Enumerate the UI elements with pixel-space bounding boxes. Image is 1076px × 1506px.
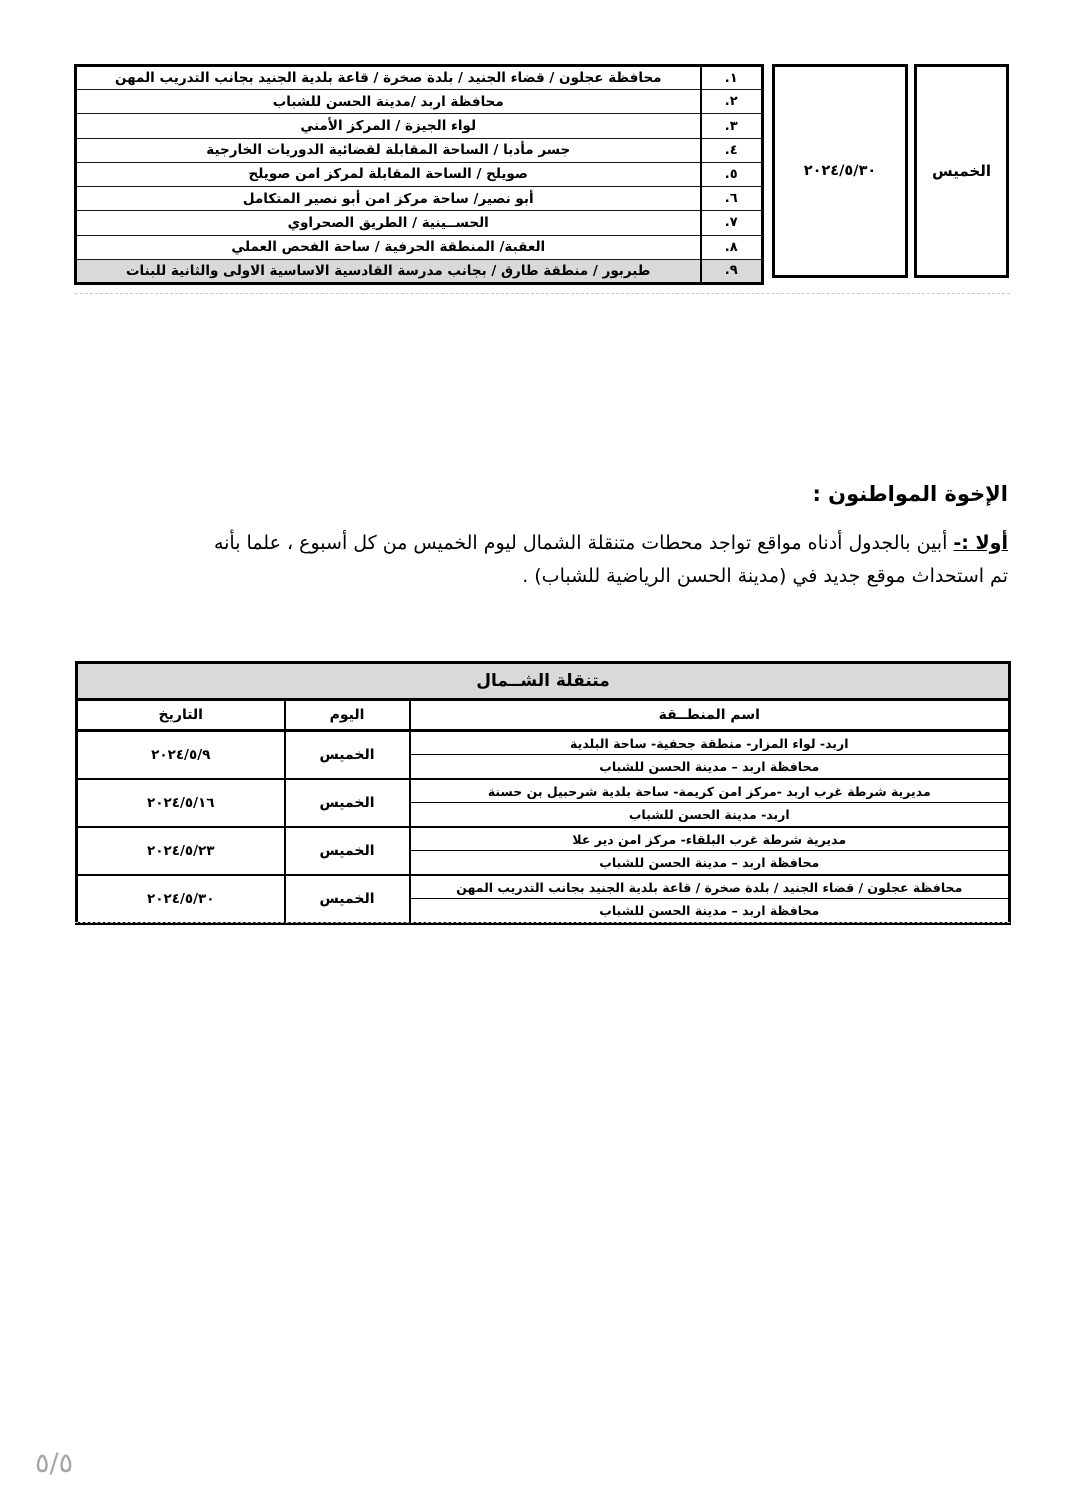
area-line-1: مديرية شرطة غرب البلقاء- مركز امن دير عل… [411,828,1009,851]
row-number-cell: ١. [701,66,763,90]
day-cell: الخميس [285,731,410,780]
table-title-row: متنقلة الشــمال [77,663,1010,700]
table-row: ١. محافظة عجلون / قضاء الجنيد / بلدة صخر… [76,66,763,90]
area-cell: مديرية شرطة غرب اربد -مركز امن كريمة- سا… [410,779,1010,827]
thursday-locations-table: ١. محافظة عجلون / قضاء الجنيد / بلدة صخر… [74,64,1009,285]
page-number: ٥/٥ [35,1448,73,1479]
location-cell: لواء الجيزة / المركز الأمني [76,114,701,138]
table-row-highlighted: ٩. طبربور / منطقة طارق / بجانب مدرسة الق… [76,259,763,283]
location-cell: محافظة اربد /مدينة الحسن للشباب [76,90,701,114]
location-cell: صويلح / الساحة المقابلة لمركز امن صويلح [76,162,701,186]
scan-artifact-line [75,922,1010,923]
table-row: ٤. جسر مأدبا / الساحة المقابلة لقضائية ا… [76,138,763,162]
table-row: اربد- لواء المزار- منطقة جحفية- ساحة الب… [77,731,1010,780]
location-cell: جسر مأدبا / الساحة المقابلة لقضائية الدو… [76,138,701,162]
location-cell: طبربور / منطقة طارق / بجانب مدرسة القادس… [76,259,701,283]
row-number-cell: ٨. [701,235,763,259]
location-cell: محافظة عجلون / قضاء الجنيد / بلدة صخرة /… [76,66,701,90]
row-number-cell: ٩. [701,259,763,283]
date-cell: ٢٠٢٤/٥/٣٠ [77,875,285,924]
north-mobile-schedule-table: متنقلة الشــمال اسم المنطــقة اليوم التا… [75,661,1011,925]
area-cell: مديرية شرطة غرب البلقاء- مركز امن دير عل… [410,827,1010,875]
row-number-cell: ٣. [701,114,763,138]
table-row: ٦. أبو نصير/ ساحة مركز امن أبو نصير المت… [76,187,763,211]
location-cell: الحســينية / الطريق الصحراوي [76,211,701,235]
intro-line-2: تم استحداث موقع جديد في (مدينة الحسن الر… [163,560,1008,593]
merged-date-cell: ٢٠٢٤/٥/٣٠ [772,64,908,278]
area-cell: محافظة عجلون / قضاء الجنيد / بلدة صخرة /… [410,875,1010,924]
table-row: ٨. العقبة/ المنطقة الحرفية / ساحة الفحص … [76,235,763,259]
table-row: مديرية شرطة غرب اربد -مركز امن كريمة- سا… [77,779,1010,827]
table-title: متنقلة الشــمال [77,663,1010,700]
day-cell: الخميس [285,779,410,827]
area-line-2: محافظة اربد – مدينة الحسن للشباب [411,899,1009,922]
scan-artifact-line [75,293,1010,294]
date-cell: ٢٠٢٤/٥/١٦ [77,779,285,827]
area-line-1: مديرية شرطة غرب اربد -مركز امن كريمة- سا… [411,780,1009,803]
row-number-cell: ٥. [701,162,763,186]
greeting-heading: الإخوة المواطنون : [812,482,1008,506]
area-line-2: اربد- مدينة الحسن للشباب [411,803,1009,826]
table-row: ٥. صويلح / الساحة المقابلة لمركز امن صوي… [76,162,763,186]
table-row: ٧. الحســينية / الطريق الصحراوي [76,211,763,235]
intro-paragraph: أولا :- أبين بالجدول أدناه مواقع تواجد م… [163,527,1008,593]
header-day: اليوم [285,700,410,731]
location-cell: أبو نصير/ ساحة مركز امن أبو نصير المتكام… [76,187,701,211]
date-cell: ٢٠٢٤/٥/٩ [77,731,285,780]
table-row: ٢. محافظة اربد /مدينة الحسن للشباب [76,90,763,114]
row-number-cell: ٧. [701,211,763,235]
row-number-cell: ٢. [701,90,763,114]
row-number-cell: ٦. [701,187,763,211]
area-line-1: محافظة عجلون / قضاء الجنيد / بلدة صخرة /… [411,876,1009,899]
table-header-row: اسم المنطــقة اليوم التاريخ [77,700,1010,731]
header-area: اسم المنطــقة [410,700,1010,731]
day-cell: الخميس [285,875,410,924]
document-page: { "colors": { "table_border": "#000000",… [0,0,1076,1506]
table-row: محافظة عجلون / قضاء الجنيد / بلدة صخرة /… [77,875,1010,924]
date-cell: ٢٠٢٤/٥/٢٣ [77,827,285,875]
area-line-2: محافظة اربد – مدينة الحسن للشباب [411,851,1009,874]
area-line-2: محافظة اربد – مدينة الحسن للشباب [411,755,1009,778]
area-line-1: اربد- لواء المزار- منطقة جحفية- ساحة الب… [411,732,1009,755]
header-date: التاريخ [77,700,285,731]
table-row: مديرية شرطة غرب البلقاء- مركز امن دير عل… [77,827,1010,875]
location-cell: العقبة/ المنطقة الحرفية / ساحة الفحص الع… [76,235,701,259]
intro-line-1: أولا :- أبين بالجدول أدناه مواقع تواجد م… [163,527,1008,560]
first-item-label: أولا :- [953,532,1008,554]
row-number-cell: ٤. [701,138,763,162]
area-cell: اربد- لواء المزار- منطقة جحفية- ساحة الب… [410,731,1010,780]
table-row: ٣. لواء الجيزة / المركز الأمني [76,114,763,138]
merged-day-cell: الخميس [914,64,1009,278]
locations-number-grid: ١. محافظة عجلون / قضاء الجنيد / بلدة صخر… [74,64,764,285]
day-cell: الخميس [285,827,410,875]
intro-line-1-text: أبين بالجدول أدناه مواقع تواجد محطات متن… [214,532,953,554]
